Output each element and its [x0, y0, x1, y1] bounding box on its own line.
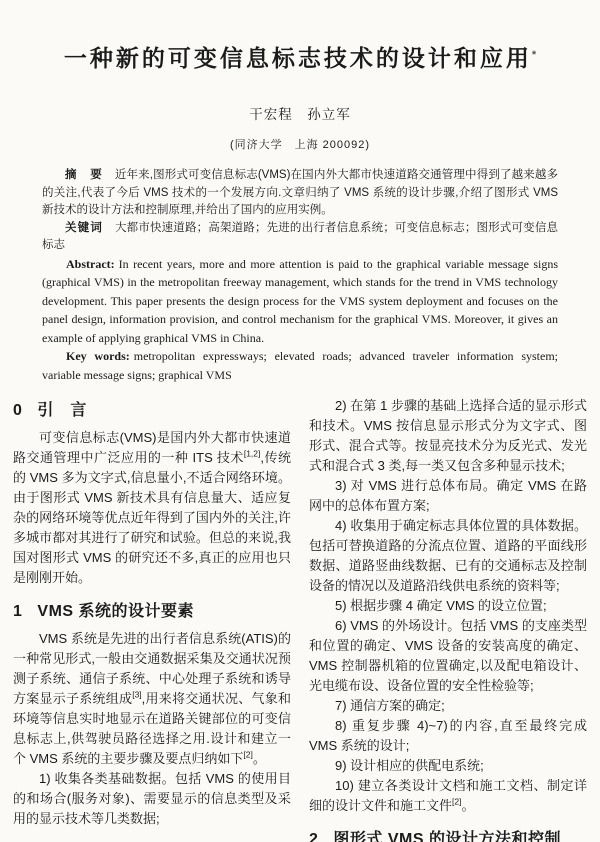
section-heading-1: 1VMS 系统的设计要素 — [13, 598, 291, 621]
list-item-text: 8) 重复步骤 4)~7)的内容,直至最终完成 VMS 系统的设计; — [309, 718, 587, 753]
list-item-text: 10) 建立各类设计文档和施工文档、制定详细的设计文件和施工文件 — [309, 778, 587, 813]
list-item-text: 1) 收集各类基础数据。包括 VMS 的使用目的和场合(服务对象)、需要显示的信… — [13, 771, 291, 826]
list-item-text: 5) 根据步骤 4 确定 VMS 的设立位置; — [335, 598, 547, 613]
keywords-en-label: Key words: — [66, 349, 130, 363]
section-title: VMS 系统的设计要素 — [37, 603, 194, 620]
citation-ref: [2] — [243, 750, 252, 760]
citation-ref: [3] — [132, 690, 141, 700]
paragraph-intro: 可变信息标志(VMS)是国内外大都市快速道路交通管理中广泛应用的一种 ITS 技… — [13, 428, 291, 588]
keywords-en: Key words:metropolitan expressways; elev… — [42, 347, 558, 384]
abstract-en: Abstract:In recent years, more and more … — [42, 255, 558, 348]
list-item-text: 9) 设计相应的供配电系统; — [335, 758, 484, 773]
right-column: 2) 在第 1 步骤的基础上选择合适的显示形式和技术。VMS 按信息显示形式分为… — [309, 396, 587, 842]
paragraph-text: 。 — [253, 751, 266, 766]
paragraph-text: ,传统的 VMS 多为文字式,信息量小,不适合网络环境。由于图形式 VMS 新技… — [13, 450, 291, 585]
list-item-text: 3) 对 VMS 进行总体布局。确定 VMS 在路网中的总体布置方案; — [309, 478, 587, 513]
list-item-2: 2) 在第 1 步骤的基础上选择合适的显示形式和技术。VMS 按信息显示形式分为… — [309, 396, 587, 476]
title-footnote-mark: * — [532, 49, 536, 61]
keywords-cn: 关键词大都市快速道路；高架道路；先进的出行者信息系统；可变信息标志；图形式可变信… — [42, 220, 558, 255]
list-item-5: 5) 根据步骤 4 确定 VMS 的设立位置; — [309, 596, 587, 616]
list-item-6: 6) VMS 的外场设计。包括 VMS 的支座类型和位置的确定、VMS 设备的安… — [309, 616, 587, 696]
list-item-8: 8) 重复步骤 4)~7)的内容,直至最终完成 VMS 系统的设计; — [309, 716, 587, 756]
list-item-10: 10) 建立各类设计文档和施工文档、制定详细的设计文件和施工文件[2]。 — [309, 776, 587, 816]
body-columns: 0引 言 可变信息标志(VMS)是国内外大都市快速道路交通管理中广泛应用的一种 … — [13, 396, 587, 842]
list-item-text: 6) VMS 的外场设计。包括 VMS 的支座类型和位置的确定、VMS 设备的安… — [309, 618, 587, 693]
keywords-cn-text: 大都市快速道路；高架道路；先进的出行者信息系统；可变信息标志；图形式可变信息标志 — [42, 222, 558, 252]
list-item-7: 7) 通信方案的确定; — [309, 696, 587, 716]
list-item-1: 1) 收集各类基础数据。包括 VMS 的使用目的和场合(服务对象)、需要显示的信… — [13, 769, 291, 829]
list-item-4: 4) 收集用于确定标志具体位置的具体数据。包括可替换道路的分流点位置、道路的平面… — [309, 516, 587, 596]
abstract-en-text: In recent years, more and more attention… — [42, 257, 558, 345]
section-number: 1 — [13, 603, 22, 620]
list-item-3: 3) 对 VMS 进行总体布局。确定 VMS 在路网中的总体布置方案; — [309, 476, 587, 516]
section-title: 引 言 — [37, 402, 87, 419]
paragraph-text: 可变信息标志(VMS)是国内外大都市快速道路交通管理中广泛应用的一种 ITS 技… — [13, 430, 291, 465]
list-item-text: 。 — [461, 798, 474, 813]
abstract-en-label: Abstract: — [66, 257, 115, 271]
paper-title-text: 一种新的可变信息标志技术的设计和应用 — [64, 45, 532, 71]
citation-ref: [1,2] — [244, 449, 261, 459]
paragraph-design-elements: VMS 系统是先进的出行者信息系统(ATIS)的一种常见形式,一般由交通数据采集… — [13, 629, 291, 769]
keywords-cn-label: 关键词 — [65, 222, 103, 234]
list-item-text: 7) 通信方案的确定; — [335, 698, 445, 713]
list-item-text: 2) 在第 1 步骤的基础上选择合适的显示形式和技术。VMS 按信息显示形式分为… — [309, 398, 587, 473]
section-number: 2 — [309, 831, 318, 842]
section-title: 图形式 VMS 的设计方法和控制 — [333, 831, 561, 842]
section-number: 0 — [13, 402, 22, 419]
paper-page: 一种新的可变信息标志技术的设计和应用* 干宏程 孙立军 (同济大学 上海 200… — [0, 0, 600, 842]
abstract-cn-label: 摘 要 — [65, 169, 103, 181]
authors: 干宏程 孙立军 — [12, 103, 588, 123]
front-matter: 摘 要近年来,图形式可变信息标志(VMS)在国内外大都市快速道路交通管理中得到了… — [42, 167, 558, 384]
section-heading-2: 2图形式 VMS 的设计方法和控制 — [309, 826, 587, 842]
affiliation: (同济大学 上海 200092) — [12, 136, 588, 152]
section-heading-0: 0引 言 — [13, 397, 291, 420]
list-item-text: 4) 收集用于确定标志具体位置的具体数据。包括可替换道路的分流点位置、道路的平面… — [309, 518, 587, 593]
paper-title: 一种新的可变信息标志技术的设计和应用* — [12, 40, 588, 73]
left-column: 0引 言 可变信息标志(VMS)是国内外大都市快速道路交通管理中广泛应用的一种 … — [13, 396, 291, 842]
abstract-cn: 摘 要近年来,图形式可变信息标志(VMS)在国内外大都市快速道路交通管理中得到了… — [42, 167, 558, 220]
list-item-9: 9) 设计相应的供配电系统; — [309, 756, 587, 776]
abstract-cn-text: 近年来,图形式可变信息标志(VMS)在国内外大都市快速道路交通管理中得到了越来越… — [42, 169, 558, 216]
